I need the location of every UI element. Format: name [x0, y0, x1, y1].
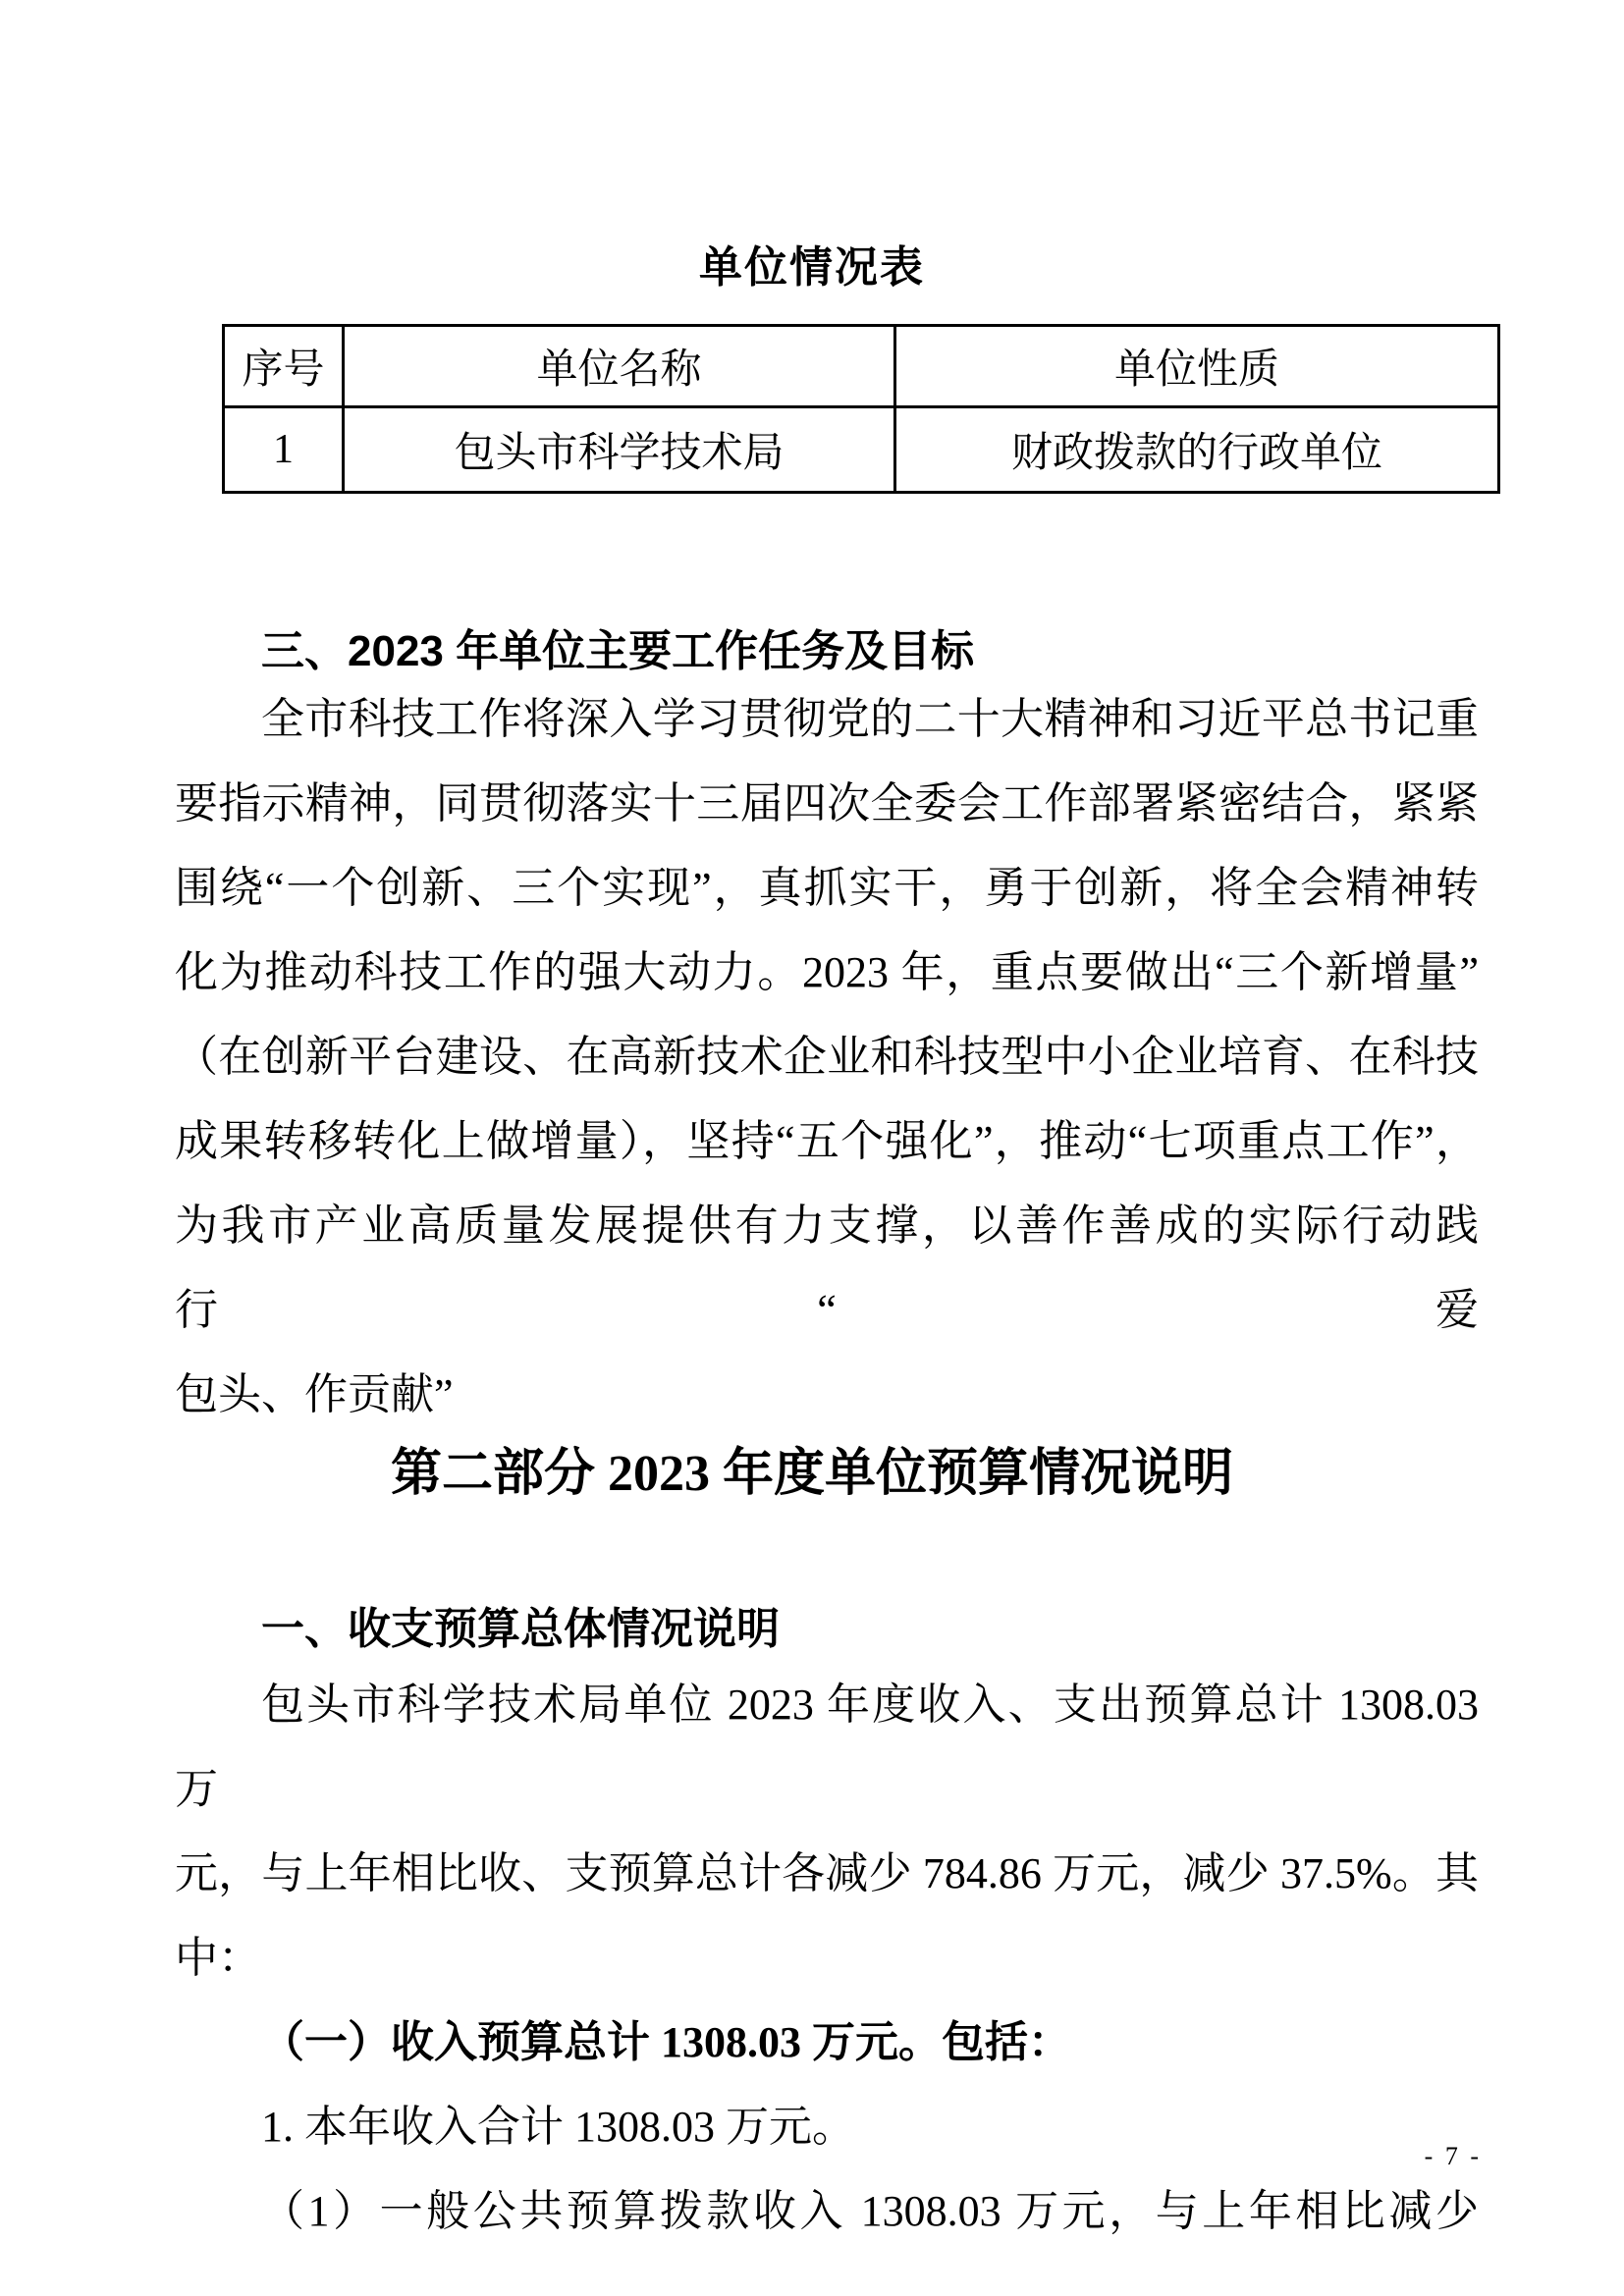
paragraph-line: 1. 本年收入合计 1308.03 万元。 — [175, 2085, 1479, 2169]
paragraph-line: 要指示精神，同贯彻落实十三届四次全委会工作部署紧密结合，紧紧 — [175, 762, 1479, 846]
section-three-heading: 三、2023 年单位主要工作任务及目标 — [175, 622, 1479, 681]
paragraph-line: 全市科技工作将深入学习贯彻党的二十大精神和习近平总书记重 — [175, 677, 1479, 762]
paragraph-line: 成果转移转化上做增量），坚持“五个强化”，推动“七项重点工作”， — [175, 1099, 1479, 1184]
col-header-unit-type: 单位性质 — [895, 326, 1499, 407]
cell-row-index: 1 — [224, 407, 344, 493]
paragraph-line: 元，与上年相比收、支预算总计各减少 784.86 万元，减少 37.5%。其 — [175, 1832, 1479, 1916]
section-three-paragraph: 全市科技工作将深入学习贯彻党的二十大精神和习近平总书记重 要指示精神，同贯彻落实… — [175, 677, 1479, 1437]
cell-unit-name: 包头市科学技术局 — [344, 407, 895, 493]
col-header-unit-name: 单位名称 — [344, 326, 895, 407]
paragraph-line: 中： — [175, 1916, 1479, 2001]
table-header-row: 序号 单位名称 单位性质 — [224, 326, 1499, 407]
subsection-one-heading: 一、收支预算总体情况说明 — [175, 1600, 1479, 1659]
part-two-heading: 第二部分 2023 年度单位预算情况说明 — [0, 1431, 1624, 1505]
part-two-paragraph: 包头市科学技术局单位 2023 年度收入、支出预算总计 1308.03 万 元，… — [175, 1663, 1479, 2254]
paragraph-line: （1）一般公共预算拨款收入 1308.03 万元，与上年相比减少 — [175, 2169, 1479, 2254]
income-budget-total-line: （一）收入预算总计 1308.03 万元。包括： — [175, 2001, 1479, 2085]
paragraph-line: 为我市产业高质量发展提供有力支撑，以善作善成的实际行动践行“爱 — [175, 1184, 1479, 1353]
unit-table-title: 单位情况表 — [0, 232, 1624, 294]
document-page: 单位情况表 序号 单位名称 单位性质 1 包头市科学技术局 财政拨款的行政单位 … — [0, 0, 1624, 2296]
paragraph-line: （在创新平台建设、在高新技术企业和科技型中小企业培育、在科技 — [175, 1015, 1479, 1099]
col-header-index: 序号 — [224, 326, 344, 407]
paragraph-line: 围绕“一个创新、三个实现”，真抓实干，勇于创新，将全会精神转 — [175, 846, 1479, 931]
paragraph-line: 化为推动科技工作的强大动力。2023 年，重点要做出“三个新增量” — [175, 931, 1479, 1015]
page-number: - 7 - — [1425, 2142, 1482, 2171]
paragraph-line: 包头市科学技术局单位 2023 年度收入、支出预算总计 1308.03 万 — [175, 1663, 1479, 1832]
table-row: 1 包头市科学技术局 财政拨款的行政单位 — [224, 407, 1499, 493]
cell-unit-type: 财政拨款的行政单位 — [895, 407, 1499, 493]
paragraph-line: 包头、作贡献” — [175, 1353, 1479, 1437]
units-table: 序号 单位名称 单位性质 1 包头市科学技术局 财政拨款的行政单位 — [222, 324, 1500, 494]
